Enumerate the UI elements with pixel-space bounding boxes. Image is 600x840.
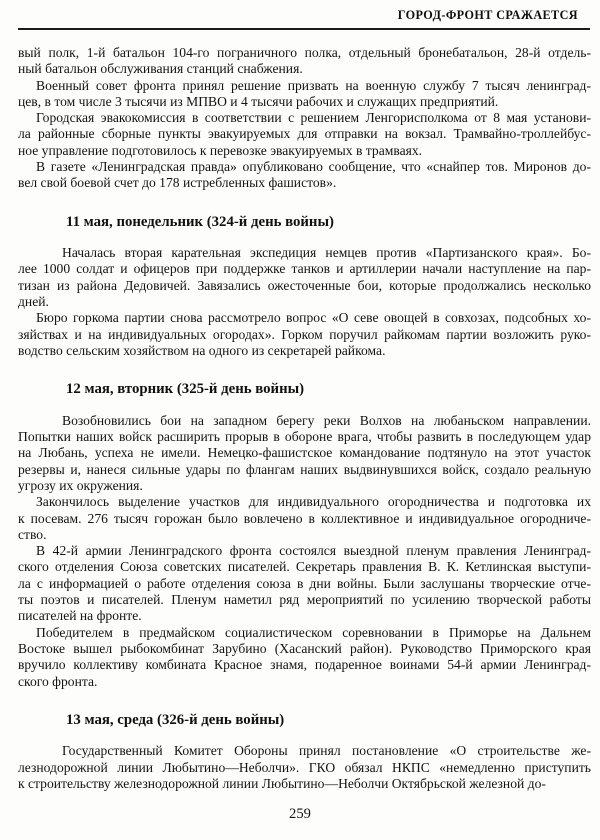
text-line: Возобновились бои на западном берегу рек…: [18, 413, 591, 429]
text-line: Началась вторая карательная экспедиция н…: [18, 245, 591, 261]
body-text: вый полк, 1-й батальон 104-го погранично…: [18, 45, 591, 792]
text-line: Востоке вышел рыбокомбинат Зарубино (Хас…: [18, 641, 591, 657]
text-line: тизан из района Дедовичей. Завязались ож…: [18, 278, 591, 294]
day-heading: 13 мая, среда (326-й день войны): [66, 712, 591, 729]
text-line: лезнодорожной линии Любытино—Неболчи». Г…: [18, 760, 591, 776]
book-page: ГОРОД-ФРОНТ СРАЖАЕТСЯ вый полк, 1-й бата…: [0, 0, 600, 840]
text-line: на Любань, успеха не имели. Немецко-фаши…: [18, 445, 591, 461]
text-line: резервы и, нанеся сильные удары по фланг…: [18, 462, 591, 478]
text-line: ство.: [18, 527, 591, 543]
paragraph: В газете «Ленинградская правда» опублико…: [18, 159, 591, 192]
text-line: ла районные сборные пункты эвакуируемых …: [18, 126, 591, 142]
text-line: Городская эвакокомиссия в соответствии с…: [18, 110, 591, 126]
text-line: к строительству железнодорожной линии Лю…: [18, 776, 591, 792]
paragraph: В 42-й армии Ленинградского фронта состо…: [18, 543, 591, 624]
text-line: ского отделения Союза советских писателе…: [18, 559, 591, 575]
paragraph: Закончилось выделение участков для индив…: [18, 494, 591, 543]
paragraph: вый полк, 1-й батальон 104-го погранично…: [18, 45, 591, 78]
text-line: вый полк, 1-й батальон 104-го погранично…: [18, 45, 591, 61]
text-line: вручило коллективу комбината Красное зна…: [18, 657, 591, 673]
text-line: писателей на фронте.: [18, 608, 591, 624]
paragraph: Военный совет фронта принял решение приз…: [18, 78, 591, 111]
text-line: ла с информацией о работе отделения союз…: [18, 576, 591, 592]
text-line: Военный совет фронта принял решение приз…: [18, 78, 591, 94]
text-line: Государственный Комитет Обороны принял п…: [18, 743, 591, 759]
text-line: Попытки наших войск расширить прорыв в о…: [18, 429, 591, 445]
text-line: Победителем в предмайском социалистическ…: [18, 625, 591, 641]
text-line: вел свой боевой счет до 178 истребленных…: [18, 175, 591, 191]
text-line: водство сельским хозяйством на одного из…: [18, 343, 591, 359]
paragraph: Началась вторая карательная экспедиция н…: [18, 245, 591, 310]
running-header: ГОРОД-ФРОНТ СРАЖАЕТСЯ: [18, 8, 578, 23]
text-line: к посевам. 276 тысяч горожан было вовлеч…: [18, 511, 591, 527]
header-rule: [18, 28, 590, 30]
text-line: ского фронта.: [18, 674, 591, 690]
paragraph: Бюро горкома партии снова рассмотрело во…: [18, 310, 591, 359]
text-line: зяйствах и на индивидуальных огородах». …: [18, 327, 591, 343]
paragraph: Победителем в предмайском социалистическ…: [18, 625, 591, 690]
text-line: ное управление подготовилось к перевозке…: [18, 143, 591, 159]
day-heading: 12 мая, вторник (325-й день войны): [66, 381, 591, 398]
paragraph: Государственный Комитет Обороны принял п…: [18, 743, 591, 792]
page-number: 259: [0, 806, 600, 823]
text-line: ный батальон обслуживания станций снабже…: [18, 61, 591, 77]
running-title: ГОРОД-ФРОНТ СРАЖАЕТСЯ: [398, 8, 578, 22]
paragraph: Возобновились бои на западном берегу рек…: [18, 413, 591, 494]
text-line: В 42-й армии Ленинградского фронта состо…: [18, 543, 591, 559]
text-line: лее 1000 солдат и офицеров при поддержке…: [18, 261, 591, 277]
text-line: цев, в том числе 3 тысячи из МПВО и 4 ты…: [18, 94, 591, 110]
text-line: ты поэтов и писателей. Пленум наметил ря…: [18, 592, 591, 608]
text-line: Закончилось выделение участков для индив…: [18, 494, 591, 510]
text-line: дней.: [18, 294, 591, 310]
text-line: В газете «Ленинградская правда» опублико…: [18, 159, 591, 175]
day-heading: 11 мая, понедельник (324-й день войны): [66, 214, 591, 231]
paragraph: Городская эвакокомиссия в соответствии с…: [18, 110, 591, 159]
text-line: Бюро горкома партии снова рассмотрело во…: [18, 310, 591, 326]
text-line: угрозу их окружения.: [18, 478, 591, 494]
